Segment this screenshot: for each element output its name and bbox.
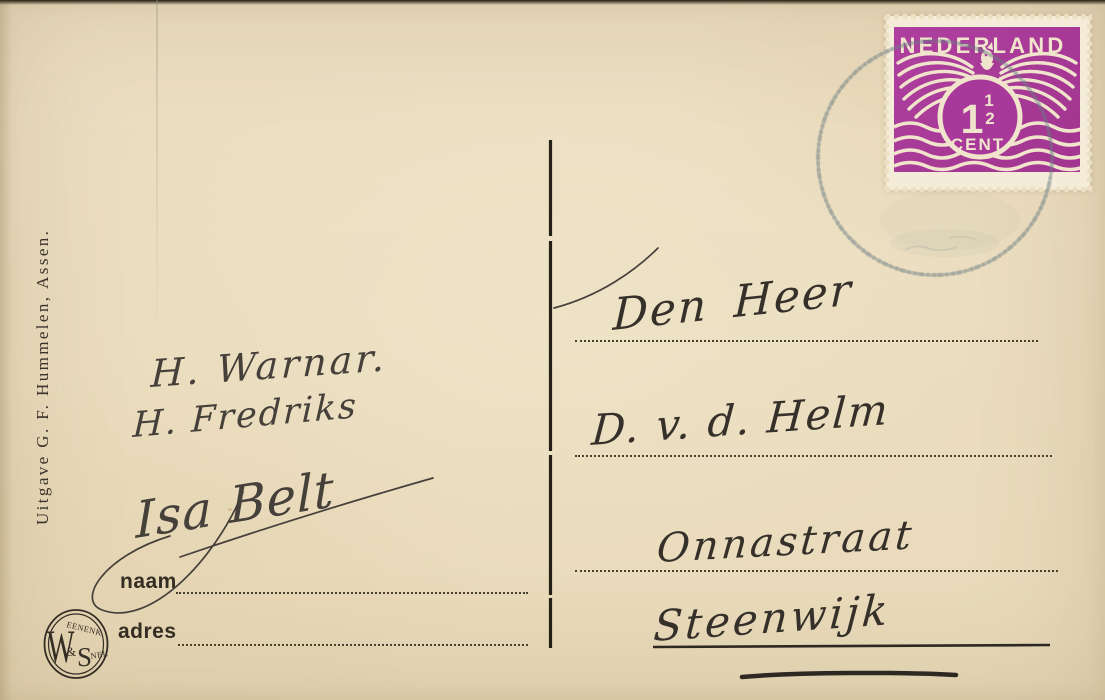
publisher-imprint: Uitgave G. F. Hummelen, Assen. xyxy=(33,205,63,525)
name-rule xyxy=(176,582,528,594)
name-label: naam xyxy=(120,570,177,594)
postage-stamp: 1 1 2 CENT NEDERLAND xyxy=(886,16,1090,190)
logo-text-eenenk: EENENK xyxy=(66,619,104,638)
printer-logo: W EENENK & S NEL xyxy=(40,606,112,682)
logo-outer-oval xyxy=(45,610,108,678)
stamp-perforation-right xyxy=(1086,14,1093,192)
logo-letter-w: W xyxy=(47,621,75,673)
scan-left-edge xyxy=(0,0,12,700)
sender-line-2: H. Fredriks xyxy=(132,386,359,446)
stamp-design: 1 1 2 CENT NEDERLAND xyxy=(894,27,1080,172)
stamp-fraction-denominator: 2 xyxy=(985,109,994,128)
stamp-perforation-top xyxy=(884,13,1092,20)
stamp-fraction-numerator: 1 xyxy=(984,91,993,110)
paper-crease xyxy=(156,0,158,350)
address-label: adres xyxy=(118,620,177,644)
recipient-city: Steenwijk xyxy=(652,585,892,651)
stamp-country: NEDERLAND xyxy=(900,33,1067,58)
scan-top-edge xyxy=(0,0,1105,5)
stamp-perforation-left xyxy=(883,14,890,192)
logo-letter-s: S xyxy=(77,642,92,672)
postcard-back: Uitgave G. F. Hummelen, Assen. naam adre… xyxy=(0,0,1105,700)
logo-ampersand: & xyxy=(66,644,76,659)
sender-signature: Isa Belt xyxy=(135,460,335,550)
address-rule xyxy=(178,634,528,646)
city-underline-stroke xyxy=(742,673,956,677)
logo-text-nel: NEL xyxy=(90,648,109,661)
stamp-unit: CENT xyxy=(951,135,1005,154)
stamp-artwork: 1 1 2 CENT NEDERLAND xyxy=(894,27,1080,172)
logo-inner-oval xyxy=(49,614,104,674)
stamp-perforation-bottom xyxy=(884,186,1092,193)
